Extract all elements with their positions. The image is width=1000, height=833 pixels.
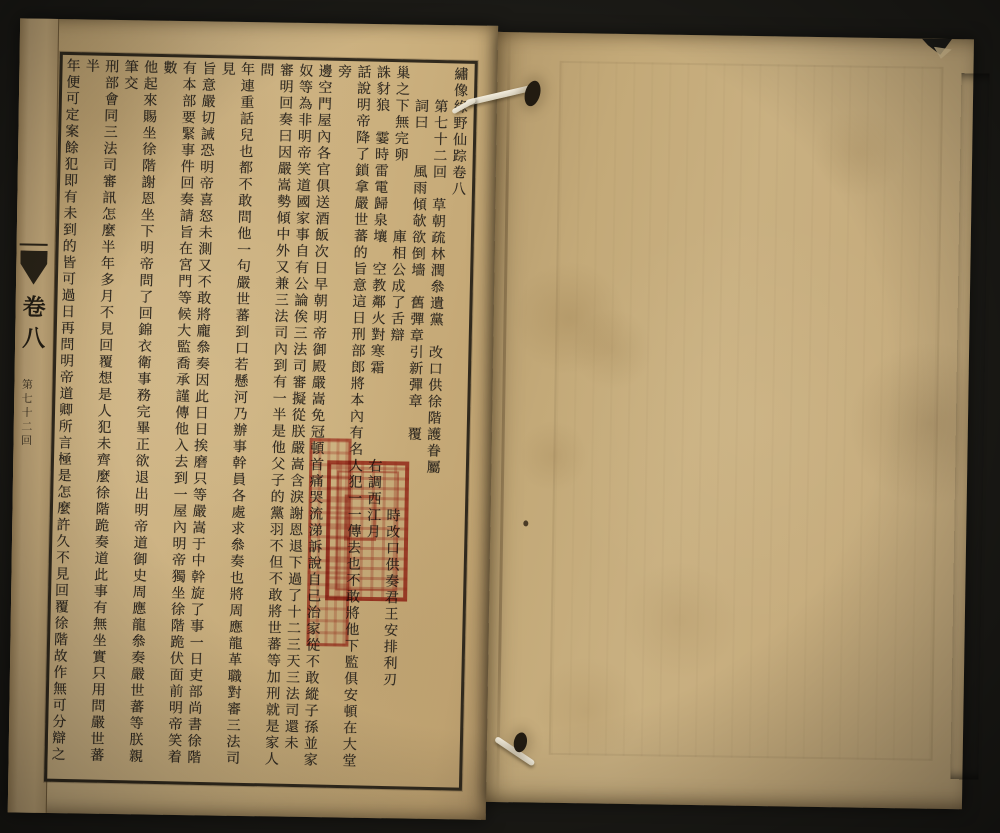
spine-rule-line [20,243,48,245]
spine-volume-label: 卷八 [19,294,48,384]
gutter-crease [496,32,511,802]
printed-frame: 繡像綠野仙踪卷八 第七十二回 草朝疏林潤叅遺黨 改口供徐階護眷屬 詞曰 風雨傾欹… [44,52,478,791]
right-page-blank [486,32,974,809]
left-page: 卷八 第七十二回 繡像綠野仙踪卷八 第七十二回 草朝疏林潤叅遺黨 改口供徐階護眷… [8,18,498,819]
red-seal-large [325,460,409,601]
ink-bleedthrough [549,61,944,761]
photo-backdrop: 卷八 第七十二回 繡像綠野仙踪卷八 第七十二回 草朝疏林潤叅遺黨 改口供徐階護眷… [0,0,1000,833]
vertical-text-block: 繡像綠野仙踪卷八 第七十二回 草朝疏林潤叅遺黨 改口供徐階護眷屬 詞曰 風雨傾欹… [52,58,470,785]
page-tear-flap [934,47,952,59]
thread-bound-book: 卷八 第七十二回 繡像綠野仙踪卷八 第七十二回 草朝疏林潤叅遺黨 改口供徐階護眷… [0,0,1000,833]
ink-speck [523,520,528,526]
spine-chapter-label: 第七十二回 [15,378,35,488]
fishtail-mark-icon [20,250,48,284]
